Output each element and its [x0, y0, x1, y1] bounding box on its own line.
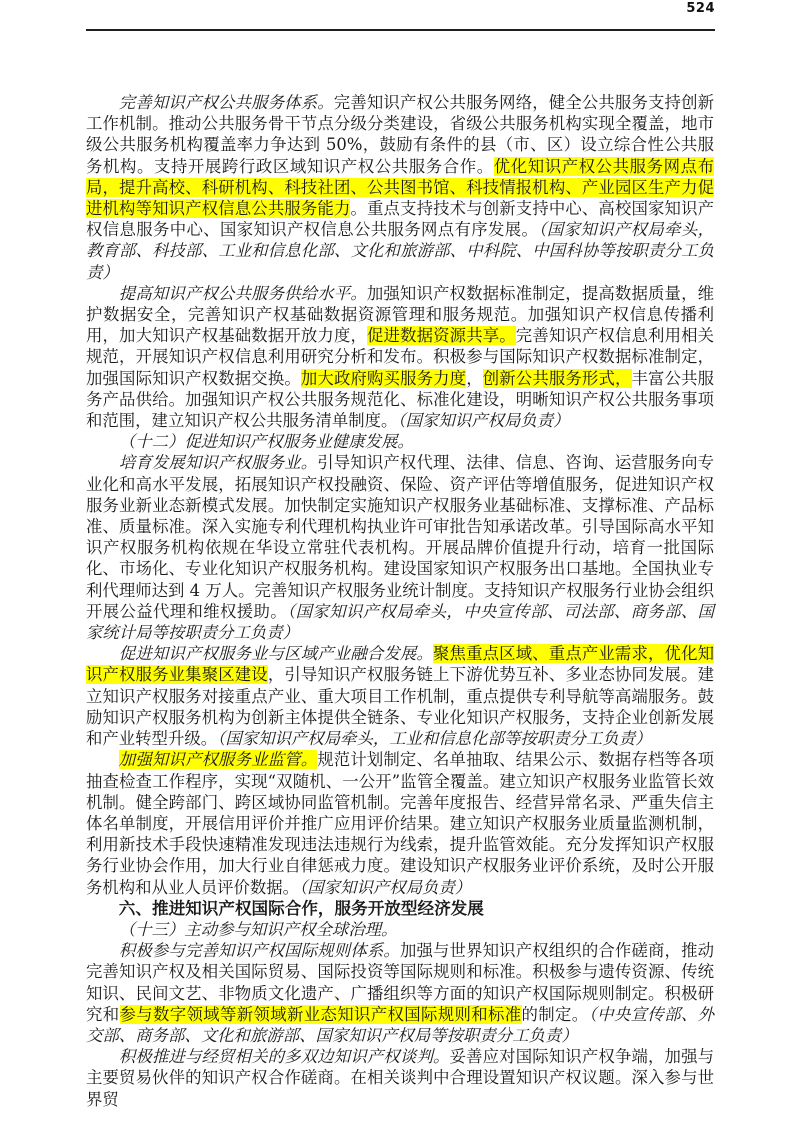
text-run: 积极参与完善知识产权国际规则体系。 [119, 941, 400, 960]
text-run: （国家知识产权局牵头，工业和信息化部等按职责分工负责） [217, 729, 651, 748]
text-run: 培育发展知识产权服务业。 [119, 453, 317, 472]
text-run: ， [466, 369, 483, 388]
text-run: 的制定。 [522, 1005, 589, 1024]
highlighted-text: 加强知识产权服务业监管。 [119, 750, 317, 769]
paragraph: 完善知识产权公共服务体系。完善知识产权公共服务网络，健全公共服务支持创新工作机制… [86, 92, 714, 283]
document-page: 524 完善知识产权公共服务体系。完善知识产权公共服务网络，健全公共服务支持创新… [0, 0, 793, 1122]
text-run: 积极推进与经贸相关的多双边知识产权谈判。 [119, 1047, 450, 1066]
text-run: 完善知识产权公共服务体系。 [119, 93, 334, 112]
highlighted-text: 促进数据资源共享。 [367, 326, 516, 345]
highlighted-text: 参与数字领域等新领域新业态知识产权国际规则和标准 [120, 1005, 522, 1024]
section-item: （十三）主动参与知识产权全球治理。 [86, 919, 714, 940]
text-run: 引导知识产权代理、法律、信息、咨询、运营服务向专业化和高水平发展，拓展知识产权投… [86, 453, 714, 620]
text-run: 规范计划制定、名单抽取、结果公示、数据存档等各项抽查检查工作程序，实现“双随机、… [86, 750, 714, 896]
page-number: 524 [686, 1, 715, 16]
document-body: 完善知识产权公共服务体系。完善知识产权公共服务网络，健全公共服务支持创新工作机制… [86, 92, 714, 1110]
paragraph: 积极推进与经贸相关的多双边知识产权谈判。妥善应对国际知识产权争端，加强与主要贸易… [86, 1046, 714, 1110]
text-run: 促进知识产权服务业与区域产业融合发展。 [119, 644, 433, 663]
paragraph: 培育发展知识产权服务业。引导知识产权代理、法律、信息、咨询、运营服务向专业化和高… [86, 452, 714, 643]
paragraph: 积极参与完善知识产权国际规则体系。加强与世界知识产权组织的合作磋商，推动完善知识… [86, 940, 714, 1046]
highlighted-text: 创新公共服务形式， [483, 369, 632, 388]
text-run: （十三）主动参与知识产权全球治理。 [119, 920, 398, 939]
text-run: （国家知识产权局负责） [299, 878, 471, 897]
highlighted-text: 加大政府购买服务力度 [301, 369, 466, 388]
paragraph: 促进知识产权服务业与区域产业融合发展。聚焦重点区域、重点产业需求，优化知识产权服… [86, 643, 714, 749]
text-run: 提高知识产权公共服务供给水平。 [119, 284, 367, 303]
paragraph: 提高知识产权公共服务供给水平。加强知识产权数据标准制定，提高数据质量，维护数据安… [86, 283, 714, 431]
text-run: 六、推进知识产权国际合作，服务开放型经济发展 [119, 899, 484, 918]
section-item: （十二）促进知识产权服务业健康发展。 [86, 431, 714, 452]
section-heading: 六、推进知识产权国际合作，服务开放型经济发展 [86, 898, 714, 919]
header-rule [86, 29, 715, 31]
paragraph: 加强知识产权服务业监管。规范计划制定、名单抽取、结果公示、数据存档等各项抽查检查… [86, 749, 714, 897]
text-run: （国家知识产权局负责） [397, 411, 569, 430]
text-run: （十二）促进知识产权服务业健康发展。 [119, 432, 414, 451]
